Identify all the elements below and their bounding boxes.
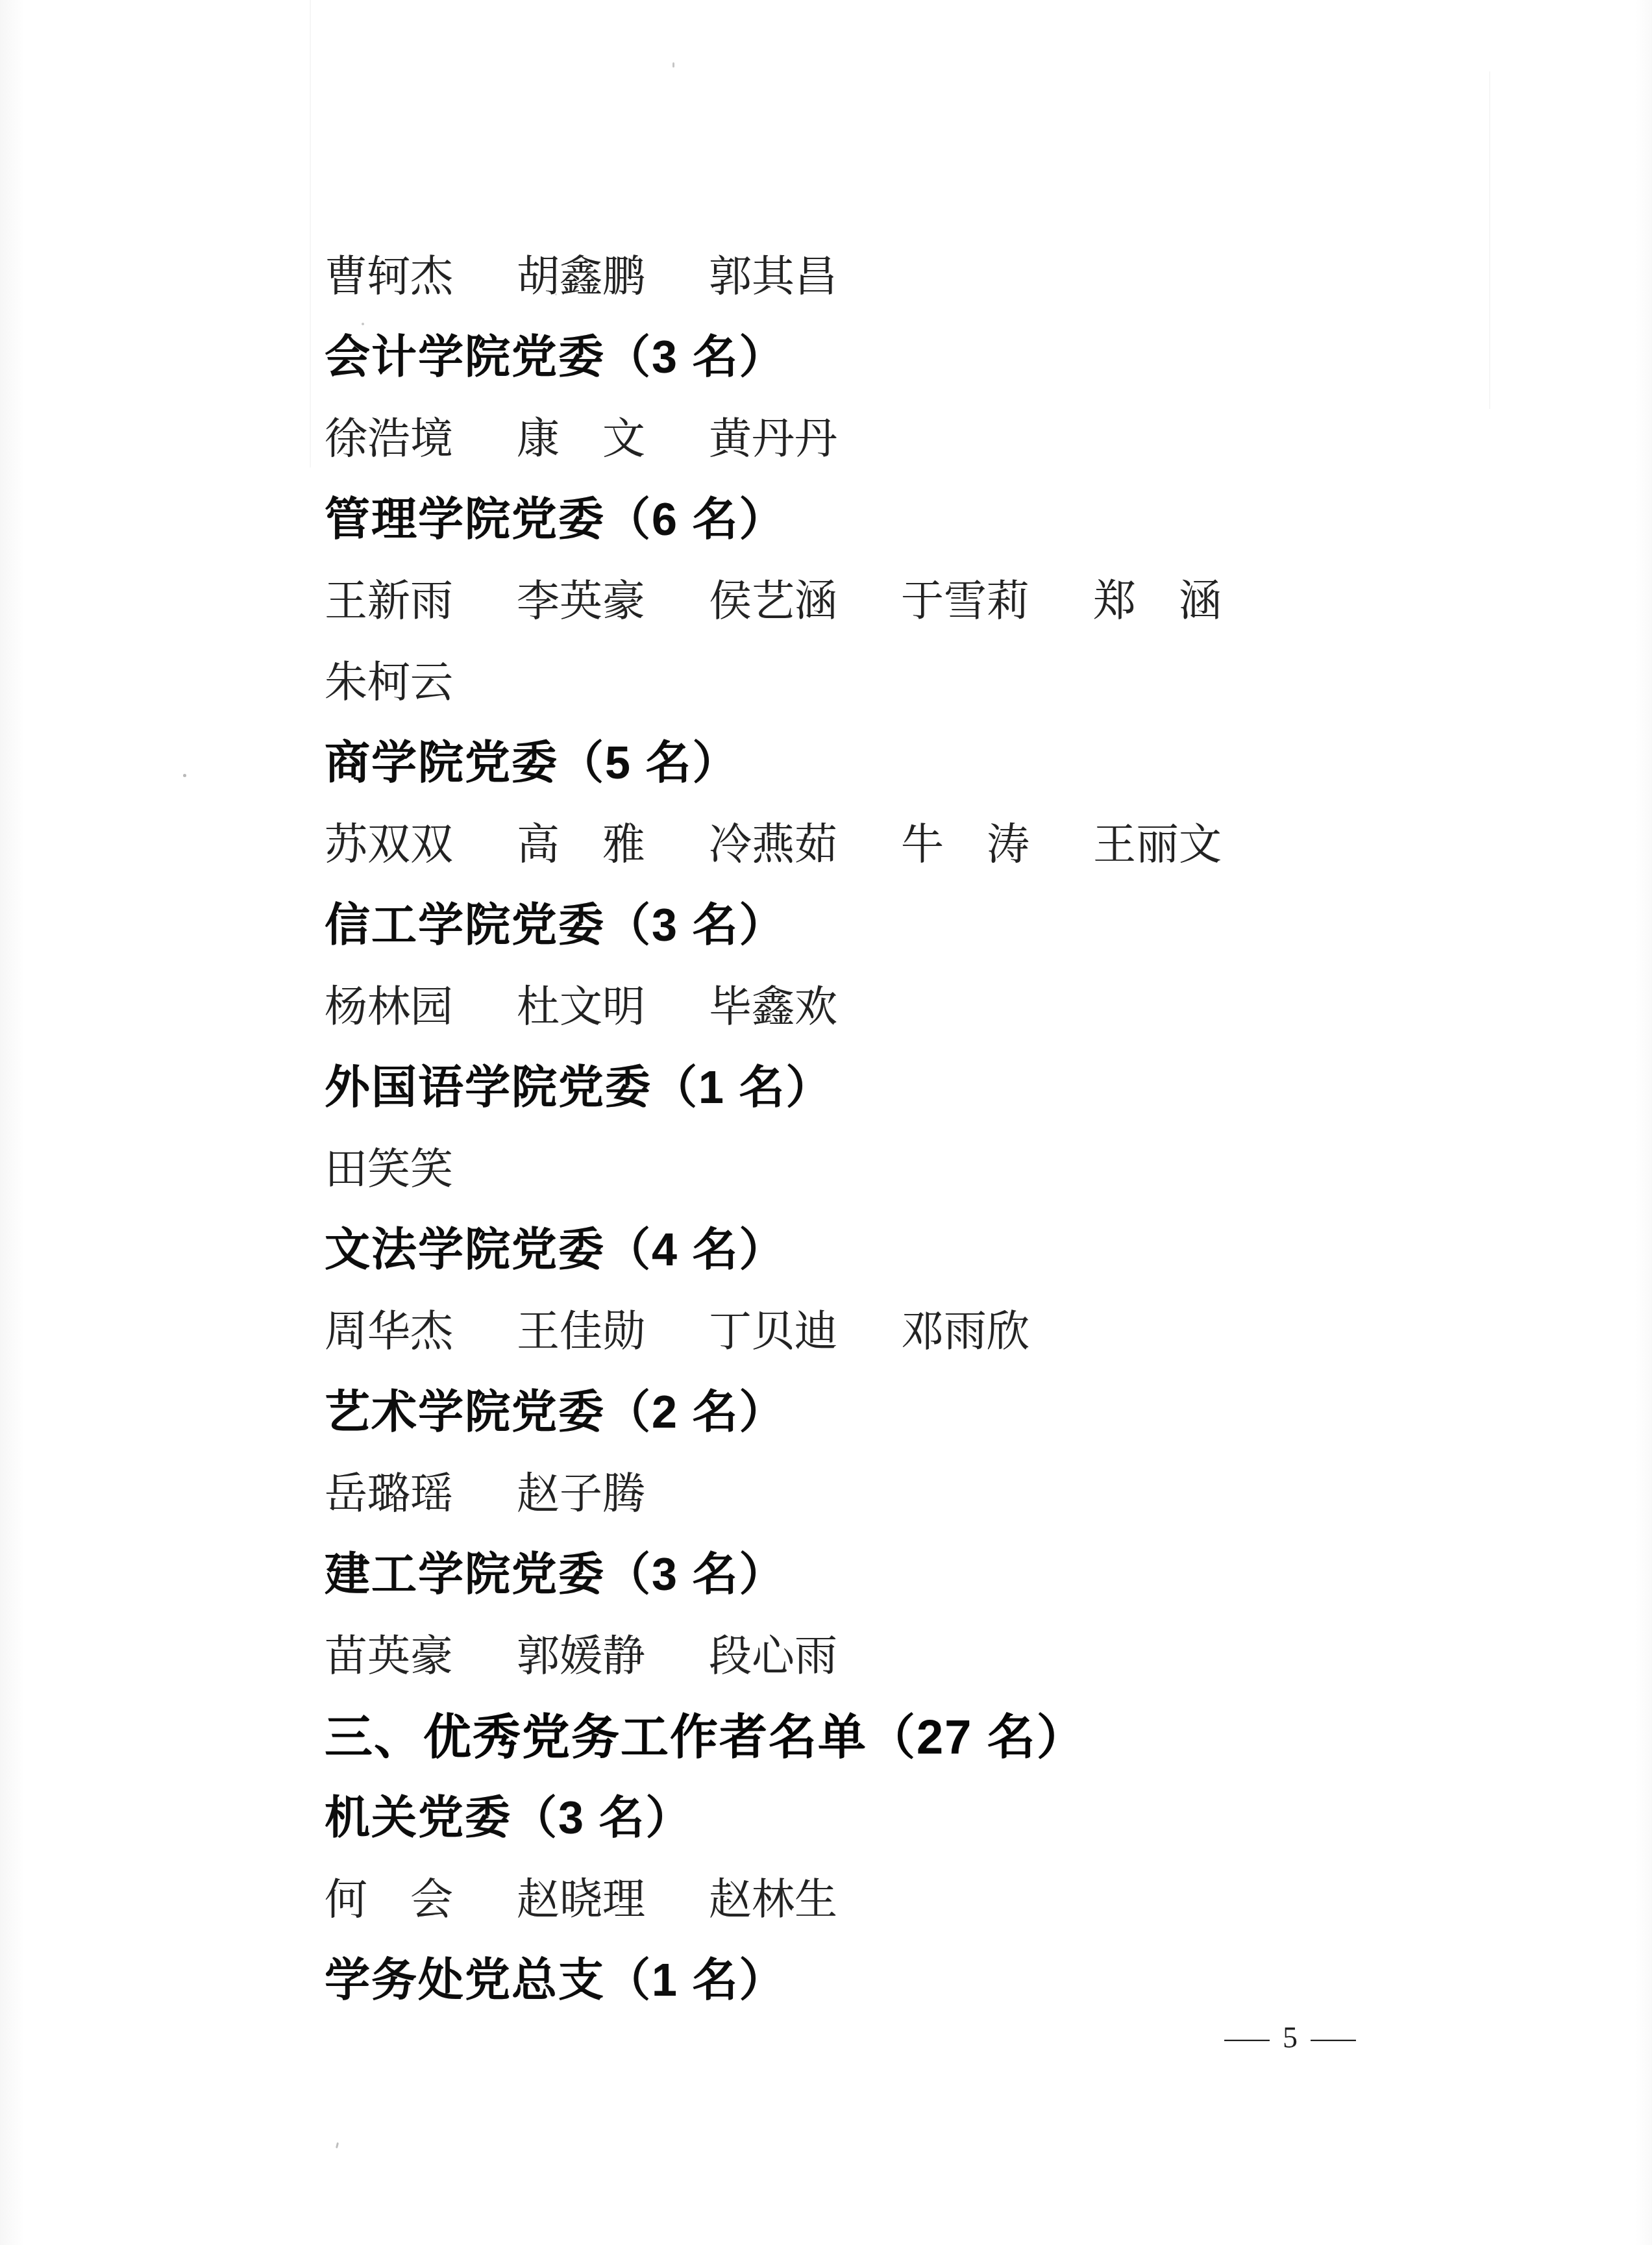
person-name: 侯艺涵 [709,566,837,628]
committee-heading: 外国语学院党委（1 名） [325,1043,1597,1124]
person-name: 朱柯云 [325,647,453,709]
scan-speck [183,774,186,777]
committee-heading: 艺术学院党委（2 名） [325,1368,1597,1449]
scan-speck [672,62,674,68]
names-row: 岳璐瑶赵子腾 [325,1449,1597,1530]
person-name: 赵子腾 [517,1459,645,1520]
section-title: 三、优秀党务工作者名单（27 名） [325,1693,1597,1774]
person-name: 田笑笑 [325,1134,453,1196]
person-name: 徐浩境 [325,404,453,465]
names-row: 朱柯云 [325,638,1597,719]
person-name: 毕鑫欢 [709,972,837,1034]
person-name: 牛 涛 [901,810,1029,871]
person-name: 高 雅 [517,810,645,871]
person-name: 黄丹丹 [709,404,837,465]
page-footer: — 5 — [1232,2020,1348,2055]
names-row: 田笑笑 [325,1124,1597,1206]
person-name: 何 会 [325,1865,453,1926]
person-name: 于雪莉 [901,566,1029,628]
person-name: 王丽文 [1093,810,1222,871]
names-row: 周华杰王佳勋丁贝迪邓雨欣 [325,1287,1597,1368]
person-name: 邓雨欣 [901,1296,1029,1358]
person-name: 郭媛静 [517,1621,645,1683]
person-name: 苏双双 [325,810,453,871]
person-name: 赵晓理 [517,1865,645,1926]
names-row: 曹轲杰胡鑫鹏郭其昌 [325,232,1597,313]
person-name: 冷燕茹 [709,810,837,871]
names-row: 王新雨李英豪侯艺涵于雪莉郑 涵 [325,556,1597,638]
footer-dash-left: — [1225,2020,1270,2055]
page-number: 5 [1283,2020,1298,2055]
committee-heading: 机关党委（3 名） [325,1774,1597,1855]
names-row: 杨林园杜文明毕鑫欢 [325,962,1597,1043]
person-name: 李英豪 [517,566,645,628]
person-name: 郑 涵 [1093,566,1222,628]
person-name: 段心雨 [709,1621,837,1683]
committee-heading: 文法学院党委（4 名） [325,1206,1597,1287]
names-row: 苗英豪郭媛静段心雨 [325,1611,1597,1693]
committee-heading: 建工学院党委（3 名） [325,1530,1597,1611]
committee-heading: 管理学院党委（6 名） [325,475,1597,556]
person-name: 杜文明 [517,972,645,1034]
committee-heading: 学务处党总支（1 名） [325,1936,1597,2017]
person-name: 周华杰 [325,1296,453,1358]
person-name: 郭其昌 [709,242,837,303]
person-name: 王佳勋 [517,1296,645,1358]
person-name: 王新雨 [325,566,453,628]
names-row: 徐浩境康 文黄丹丹 [325,394,1597,475]
scan-streak [310,0,311,467]
document-content: 曹轲杰胡鑫鹏郭其昌会计学院党委（3 名）徐浩境康 文黄丹丹管理学院党委（6 名）… [325,232,1597,2017]
committee-heading: 信工学院党委（3 名） [325,881,1597,962]
document-page: 曹轲杰胡鑫鹏郭其昌会计学院党委（3 名）徐浩境康 文黄丹丹管理学院党委（6 名）… [0,0,1652,2245]
scan-edge-shadow-left [0,0,25,2245]
person-name: 赵林生 [709,1865,837,1926]
person-name: 苗英豪 [325,1621,453,1683]
names-row: 苏双双高 雅冷燕茹牛 涛王丽文 [325,800,1597,881]
scan-edge-shadow-right [1635,0,1652,2245]
person-name: 胡鑫鹏 [517,242,645,303]
footer-dash-right: — [1311,2020,1356,2055]
person-name: 杨林园 [325,972,453,1034]
committee-heading: 商学院党委（5 名） [325,719,1597,800]
scan-speck [336,2142,339,2148]
person-name: 康 文 [517,404,645,465]
names-row: 何 会赵晓理赵林生 [325,1855,1597,1936]
person-name: 岳璐瑶 [325,1459,453,1520]
person-name: 曹轲杰 [325,242,453,303]
committee-heading: 会计学院党委（3 名） [325,313,1597,394]
person-name: 丁贝迪 [709,1296,837,1358]
